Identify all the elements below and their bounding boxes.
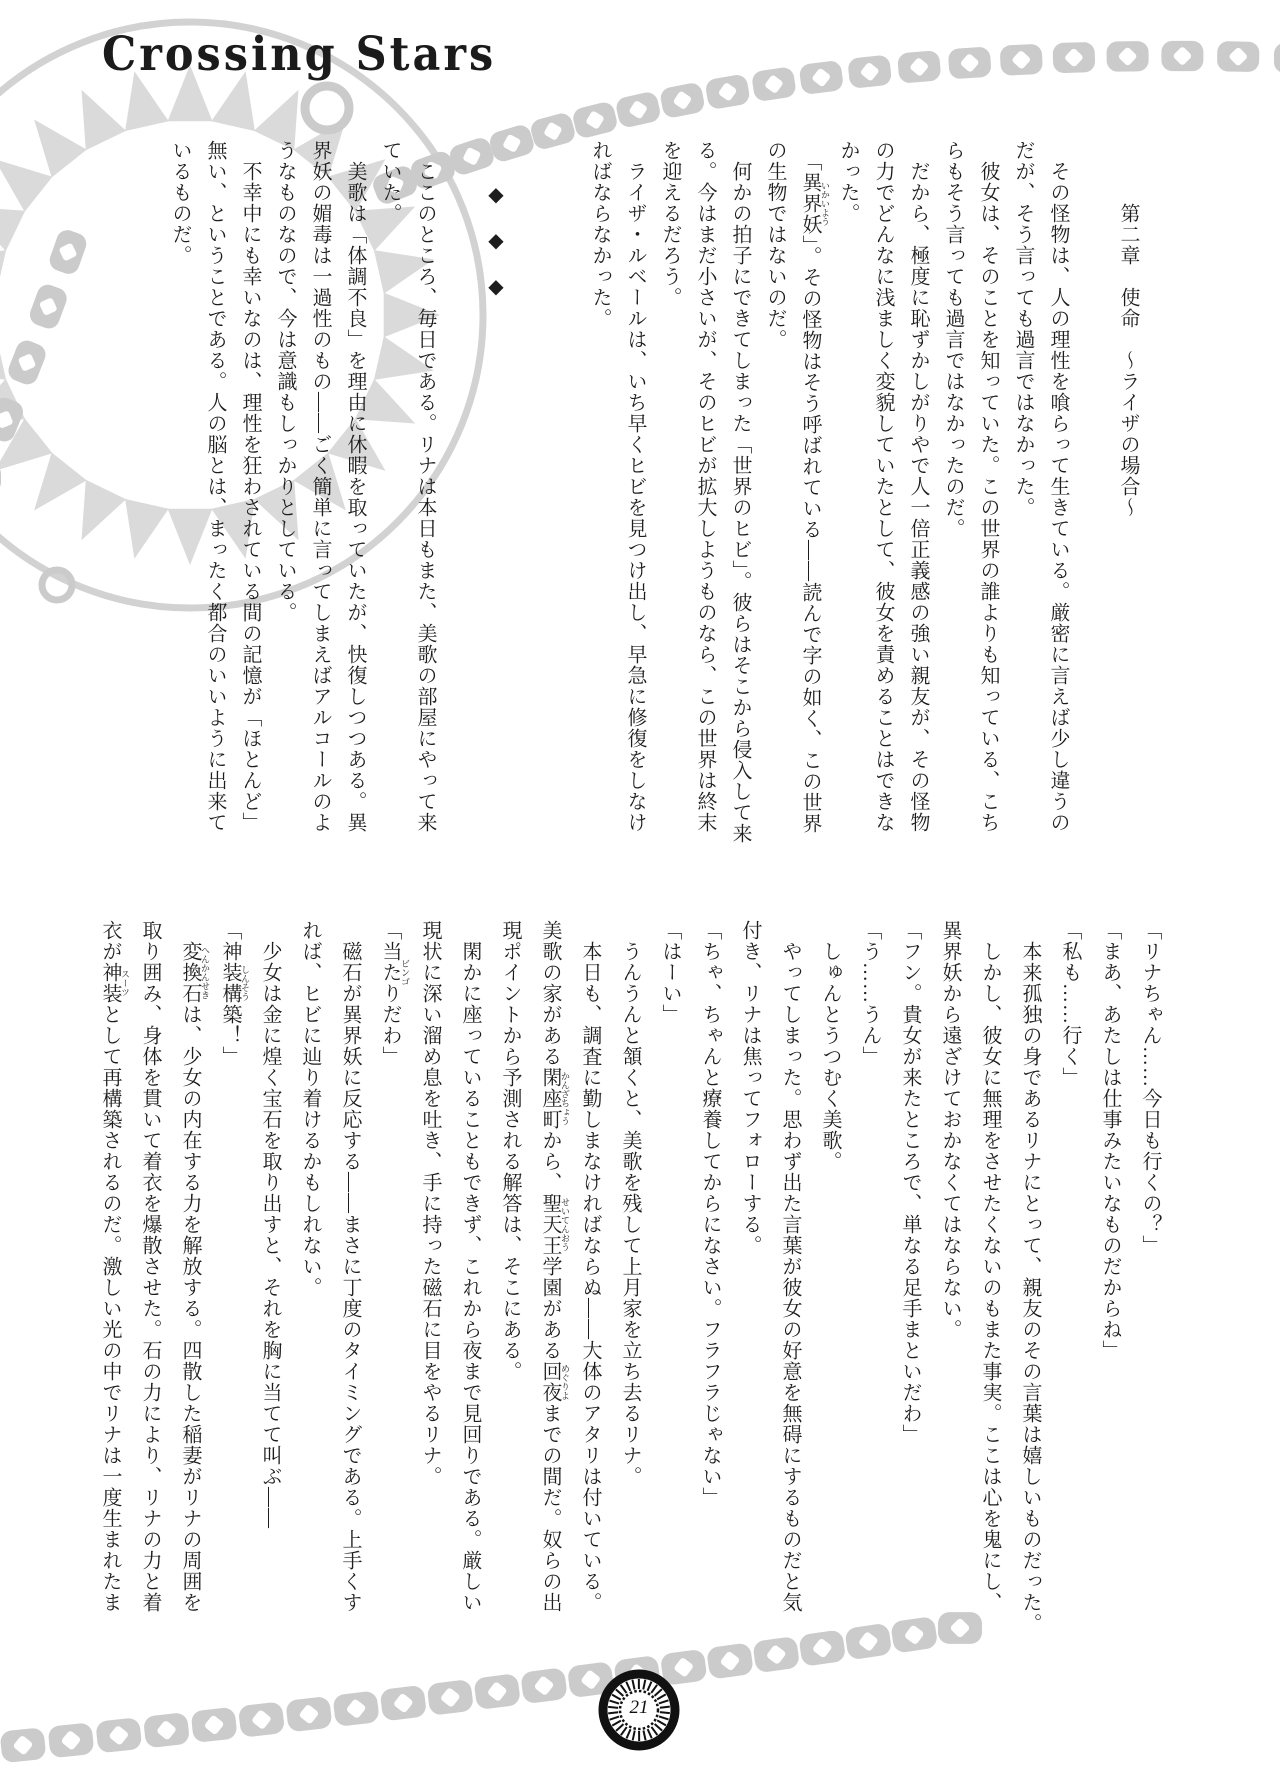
text-column: 「異界妖いかいよう」。その怪物はそう呼ばれている——読んで字の如く、この世界	[792, 140, 830, 855]
text-column: 取り囲み、身体を貫いて着衣を爆散させた。石の力により、リナの力と着	[130, 920, 170, 1635]
text-column: ればならなかった。	[582, 140, 617, 855]
logo-text: Crossing Stars	[102, 28, 496, 82]
text-column: 「ちゃ、ちゃんと療養してからになさい。フラフラじゃない」	[690, 920, 730, 1635]
blank-column	[547, 140, 582, 855]
text-column: うなものなので、今は意識もしっかりとしている。	[267, 140, 302, 855]
text-column: を迎えるだろう。	[652, 140, 687, 855]
text-column: だが、そう言っても過言ではなかった。	[1005, 140, 1040, 855]
text-column: しゅんとうつむく美歌。	[810, 920, 850, 1635]
text-column: だから、極度に恥ずかしがりやで人一倍正義感の強い親友が、その怪物	[900, 140, 935, 855]
text-column: かった。	[830, 140, 865, 855]
text-column: 付き、リナは焦ってフォローする。	[730, 920, 770, 1635]
text-column: 美歌の家がある閑座町かんざちょうから、聖天王せいてんおう学園がある回夜めぐりよま…	[530, 920, 570, 1635]
text-column: 界妖の媚毒は一過性のもの——ごく簡単に言ってしまえばアルコールのよ	[302, 140, 337, 855]
text-column: 異界妖から遠ざけておかなくてはならない。	[930, 920, 970, 1635]
text-column: らもそう言っても過言ではなかったのだ。	[935, 140, 970, 855]
text-column: 「私も……行く」	[1050, 920, 1090, 1635]
text-column: 磁石が異界妖に反応する——まさに丁度のタイミングである。上手くす	[330, 920, 370, 1635]
blank-column	[442, 140, 477, 855]
blank-column	[1075, 140, 1110, 855]
text-column: の生物ではないのだ。	[757, 140, 792, 855]
text-column: 「はーい」	[650, 920, 690, 1635]
text-column: 「当たりビンゴだわ」	[370, 920, 410, 1635]
text-column: しかし、彼女に無理をさせたくないのもまた事実。ここは心を鬼にし、	[970, 920, 1010, 1635]
lower-text-block: 「リナちゃん……今日も行くの？」「まあ、あたしは仕事みたいなものだからね」「私も…	[90, 920, 1170, 1635]
text-column: 無い、ということである。人の脳とは、まったく都合のいいように出来て	[197, 140, 232, 855]
text-column: その怪物は、人の理性を喰らって生きている。厳密に言えば少し違うの	[1040, 140, 1075, 855]
text-column: 「まあ、あたしは仕事みたいなものだからね」	[1090, 920, 1130, 1635]
section-divider: ◆ ◆ ◆	[477, 140, 512, 855]
bottom-chain-decoration	[0, 1612, 982, 1768]
text-column: 少女は金に煌く宝石を取り出すと、それを胸に当てて叫ぶ——	[250, 920, 290, 1635]
text-column: 本来孤独の身であるリナにとって、親友のその言葉は嬉しいものだった。	[1010, 920, 1050, 1635]
text-column: 閑かに座っていることもできず、これから夜まで見回りである。厳しい	[450, 920, 490, 1635]
text-column: る。今はまだ小さいが、そのヒビが拡大しようものなら、この世界は終末	[687, 140, 722, 855]
text-column: 美歌は「体調不良」を理由に休暇を取っていたが、快復しつつある。異	[337, 140, 372, 855]
text-column: 本日も、調査に勤しまなければならぬ——大体のアタリは付いている。	[570, 920, 610, 1635]
chapter-title: 第二章 使命 ～ライザの場合～	[1110, 140, 1145, 855]
text-column: 「神装構築しんそう！」	[210, 920, 250, 1635]
text-column: 不幸中にも幸いなのは、理性を狂わされている間の記憶が「ほとんど」	[232, 140, 267, 855]
novel-page: Crossing Stars 第二章 使命 ～ライザの場合～ その怪物は、人の理…	[0, 0, 1280, 1790]
text-column: 現ポイントから予測される解答は、そこにある。	[490, 920, 530, 1635]
text-column: 「フン。貴女が来たところで、単なる足手まといだわ」	[890, 920, 930, 1635]
text-column: うんうんと頷くと、美歌を残して上月家を立ち去るリナ。	[610, 920, 650, 1635]
text-column: 「う……うん」	[850, 920, 890, 1635]
text-column: 衣が神装スーツとして再構築されるのだ。激しい光の中でリナは一度生まれたま	[90, 920, 130, 1635]
text-column: 変換石へんかんせきは、少女の内在する力を解放する。四散した稲妻がリナの周囲を	[170, 920, 210, 1635]
upper-text-block: 第二章 使命 ～ライザの場合～ その怪物は、人の理性を喰らって生きている。厳密に…	[162, 140, 1145, 855]
text-column: 何かの拍子にできてしまった「世界のヒビ」。彼らはそこから侵入して来	[722, 140, 757, 855]
text-column: 現状に深い溜め息を吐き、手に持った磁石に目をやるリナ。	[410, 920, 450, 1635]
blank-column	[512, 140, 547, 855]
text-column: ライザ・ルベールは、いち早くヒビを見つけ出し、早急に修復をしなけ	[617, 140, 652, 855]
text-column: 彼女は、そのことを知っていた。この世界の誰よりも知っている、こち	[970, 140, 1005, 855]
text-column: の力でどんなに浅ましく変貌していたとして、彼女を責めることはできな	[865, 140, 900, 855]
text-column: ていた。	[372, 140, 407, 855]
text-column: れば、ヒビに辿り着けるかもしれない。	[290, 920, 330, 1635]
text-column: 「リナちゃん……今日も行くの？」	[1130, 920, 1170, 1635]
text-column: やってしまった。思わず出た言葉が彼女の好意を無碍にするものだと気	[770, 920, 810, 1635]
text-column: いるものだ。	[162, 140, 197, 855]
text-column: ここのところ、毎日である。リナは本日もまた、美歌の部屋にやって来	[407, 140, 442, 855]
page-number: 21	[609, 1697, 669, 1719]
